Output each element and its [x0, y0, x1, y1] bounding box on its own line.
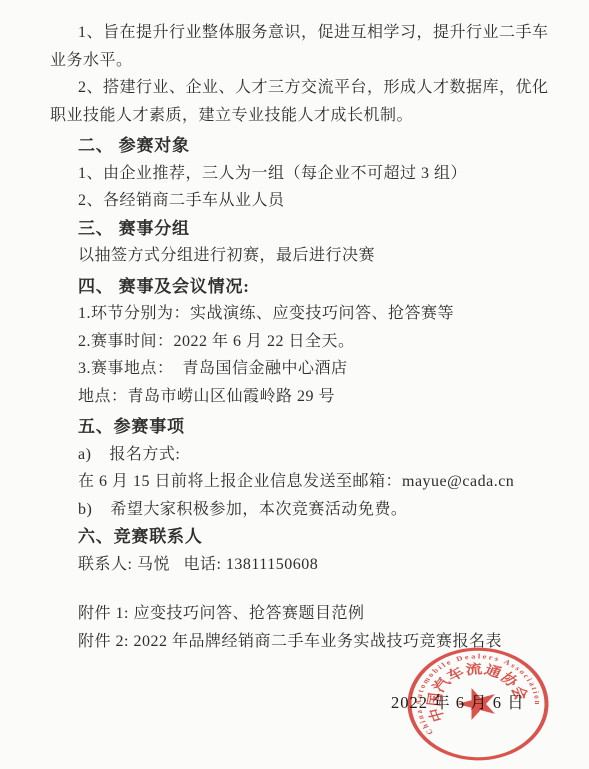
doc-line: 职业技能人才素质，建立专业技能人才成长机制。 — [50, 102, 575, 130]
document-lines: 1、旨在提升行业整体服务意识，促进互相学习，提升行业二手车业务水平。2、搭建行业… — [50, 19, 575, 655]
doc-line: b) 希望大家积极参加，本次竞赛活动免费。 — [50, 496, 575, 524]
doc-line: 3.赛事地点： 青岛国信金融中心酒店 — [50, 355, 575, 383]
section-heading: 四、 赛事及会议情况: — [50, 273, 575, 301]
document-body: 1、旨在提升行业整体服务意识，促进互相学习，提升行业二手车业务水平。2、搭建行业… — [50, 19, 575, 655]
doc-line: 1、旨在提升行业整体服务意识，促进互相学习，提升行业二手车 — [50, 19, 575, 47]
doc-line: 2、搭建行业、企业、人才三方交流平台，形成人才数据库，优化 — [50, 74, 575, 102]
doc-line: a) 报名方式: — [50, 441, 575, 469]
star-icon — [453, 683, 503, 722]
doc-line: 在 6 月 15 日前将上报企业信息发送至邮箱：mayue@cada.cn — [50, 468, 575, 496]
doc-line: 2.赛事时间：2022 年 6 月 22 日全天。 — [50, 328, 575, 356]
doc-line: 1、由企业推荐，三人为一组（每企业不可超过 3 组） — [50, 160, 575, 188]
doc-line: 2、各经销商二手车从业人员 — [50, 187, 575, 215]
doc-line: 业务水平。 — [50, 47, 575, 75]
doc-line: 联系人: 马悦 电话: 13811150608 — [50, 551, 575, 579]
doc-line: 附件 1: 应变技巧问答、抢答赛题目范例 — [50, 600, 575, 628]
section-heading: 五、参赛事项 — [50, 413, 575, 441]
document-page: 1、旨在提升行业整体服务意识，促进互相学习，提升行业二手车业务水平。2、搭建行业… — [0, 0, 589, 769]
doc-line: 以抽签方式分组进行初赛，最后进行决赛 — [50, 242, 575, 270]
section-heading: 三、 赛事分组 — [50, 215, 575, 243]
section-heading: 六、竞赛联系人 — [50, 523, 575, 551]
section-heading: 二、 参赛对象 — [50, 132, 575, 160]
doc-line: 地点：青岛市崂山区仙霞岭路 29 号 — [50, 383, 575, 411]
doc-line: 1.环节分别为：实战演练、应变技巧问答、抢答赛等 — [50, 300, 575, 328]
official-seal-stamp: China Automobile Dealers Association 中国汽… — [403, 644, 553, 764]
